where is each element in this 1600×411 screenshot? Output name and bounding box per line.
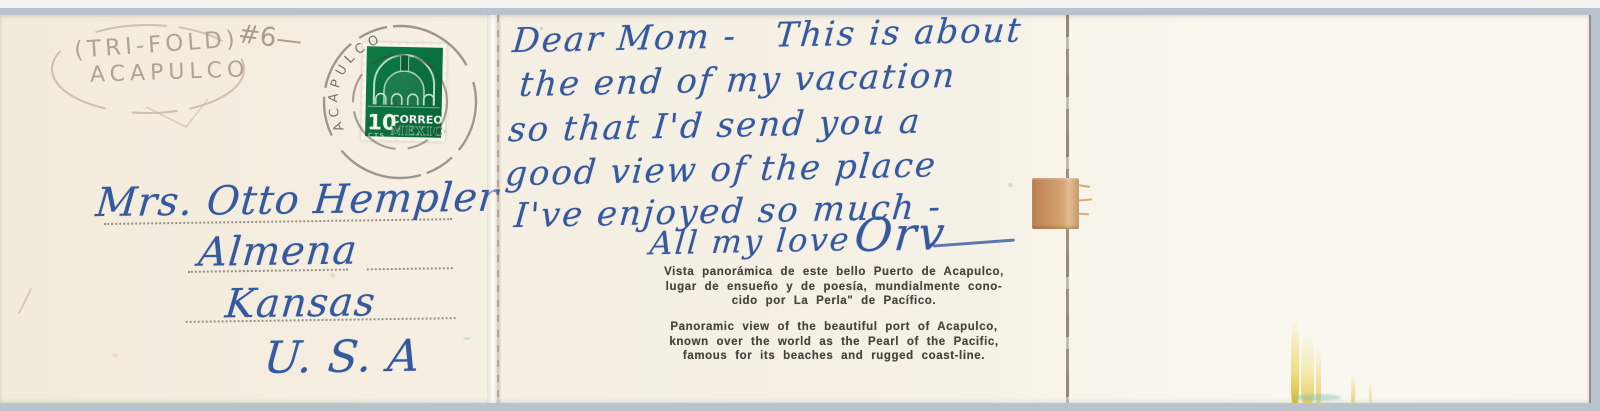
address-line-4: U. S. A <box>262 331 423 384</box>
message-line-1: Dear Mom - This is about <box>511 10 1024 61</box>
ink-speck <box>463 337 471 340</box>
foxing-speck <box>112 353 118 358</box>
message-line-3: so that I'd send you a <box>507 102 923 151</box>
yellow-stain <box>1301 331 1314 403</box>
message-closing: All my love <box>648 220 852 262</box>
tape-fray <box>1078 213 1089 216</box>
teal-smudge <box>1293 394 1341 401</box>
scan-edge-strip <box>0 0 1600 8</box>
foxing-speck <box>330 273 335 278</box>
foxing-speck <box>566 37 570 41</box>
tape-fray <box>1078 184 1090 188</box>
tape-fray <box>1078 198 1092 201</box>
caption-spanish-line-3: cido por La Perla" de Pacífico. <box>658 294 1010 309</box>
caption-spanish-line-2: lugar de ensueño y de poesía, mundialmen… <box>658 280 1010 295</box>
postcard-back: (TRI-FOLD) ACAPULCO #6— <box>0 15 1591 403</box>
yellow-stain <box>1369 379 1372 403</box>
tape-piece <box>1032 178 1079 229</box>
foxing-speck <box>540 27 543 30</box>
foxing-speck <box>1008 183 1013 187</box>
caption-english-line-3: famous for its beaches and rugged coast-… <box>658 349 1010 364</box>
message-signature: Orv <box>852 206 948 262</box>
yellow-stain <box>1351 373 1355 403</box>
fold-crease-left <box>487 15 501 403</box>
caption-spanish: Vista panorámica de este bello Puerto de… <box>658 265 1010 309</box>
caption-english-line-2: known over the world as the Pearl of the… <box>658 335 1010 350</box>
scanned-postcard: (TRI-FOLD) ACAPULCO #6— <box>0 0 1600 411</box>
message-line-4: good view of the place <box>504 145 939 194</box>
caption-spanish-line-1: Vista panorámica de este bello Puerto de… <box>658 265 1010 280</box>
caption-english-line-1: Panoramic view of the beautiful port of … <box>658 320 1010 335</box>
caption-english: Panoramic view of the beautiful port of … <box>658 320 1010 364</box>
yellow-stain <box>1291 318 1299 403</box>
message-line-2: the end of my vacation <box>518 56 958 105</box>
